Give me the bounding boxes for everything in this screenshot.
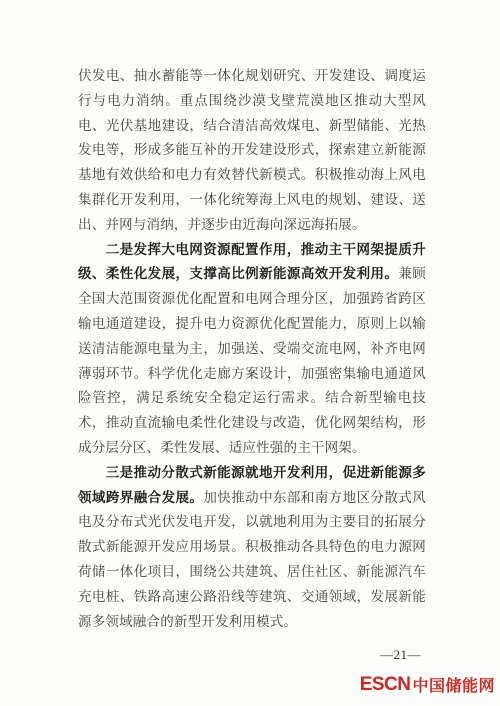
escn-logo-latin-text: ESCN <box>360 674 411 696</box>
paragraph-lead-text: 二是发挥大电网资源配置作用，推动主干网架提质升级、柔性化发展，支撑高比例新能源高… <box>78 242 426 282</box>
document-body: 伏发电、抽水蓄能等一体化规划研究、开发建设、调度运行与电力消纳。重点围绕沙漠戈壁… <box>78 64 426 634</box>
paragraph-body-text: 兼顾全国大范围资源优化配置和电网合理分区，加强跨省跨区输电通道建设，提升电力资源… <box>78 266 426 455</box>
escn-watermark-logo: ESCN 中国储能网 <box>360 673 495 696</box>
paragraph-point-two: 二是发挥大电网资源配置作用，推动主干网架提质升级、柔性化发展，支撑高比例新能源高… <box>78 238 426 461</box>
document-page: 伏发电、抽水蓄能等一体化规划研究、开发建设、调度运行与电力消纳。重点围绕沙漠戈壁… <box>0 0 500 706</box>
paragraph-continuation: 伏发电、抽水蓄能等一体化规划研究、开发建设、调度运行与电力消纳。重点围绕沙漠戈壁… <box>78 64 426 238</box>
paragraph-body-text: 伏发电、抽水蓄能等一体化规划研究、开发建设、调度运行与电力消纳。重点围绕沙漠戈壁… <box>78 68 426 232</box>
paragraph-point-three: 三是推动分散式新能源就地开发利用，促进新能源多领域跨界融合发展。加快推动中东部和… <box>78 461 426 635</box>
paragraph-body-text: 加快推动中东部和南方地区分散式风电及分布式光伏发电开发，以就地利用为主要目的拓展… <box>78 490 426 629</box>
escn-logo-chinese-text: 中国储能网 <box>412 673 495 696</box>
page-number: —21— <box>380 645 421 665</box>
